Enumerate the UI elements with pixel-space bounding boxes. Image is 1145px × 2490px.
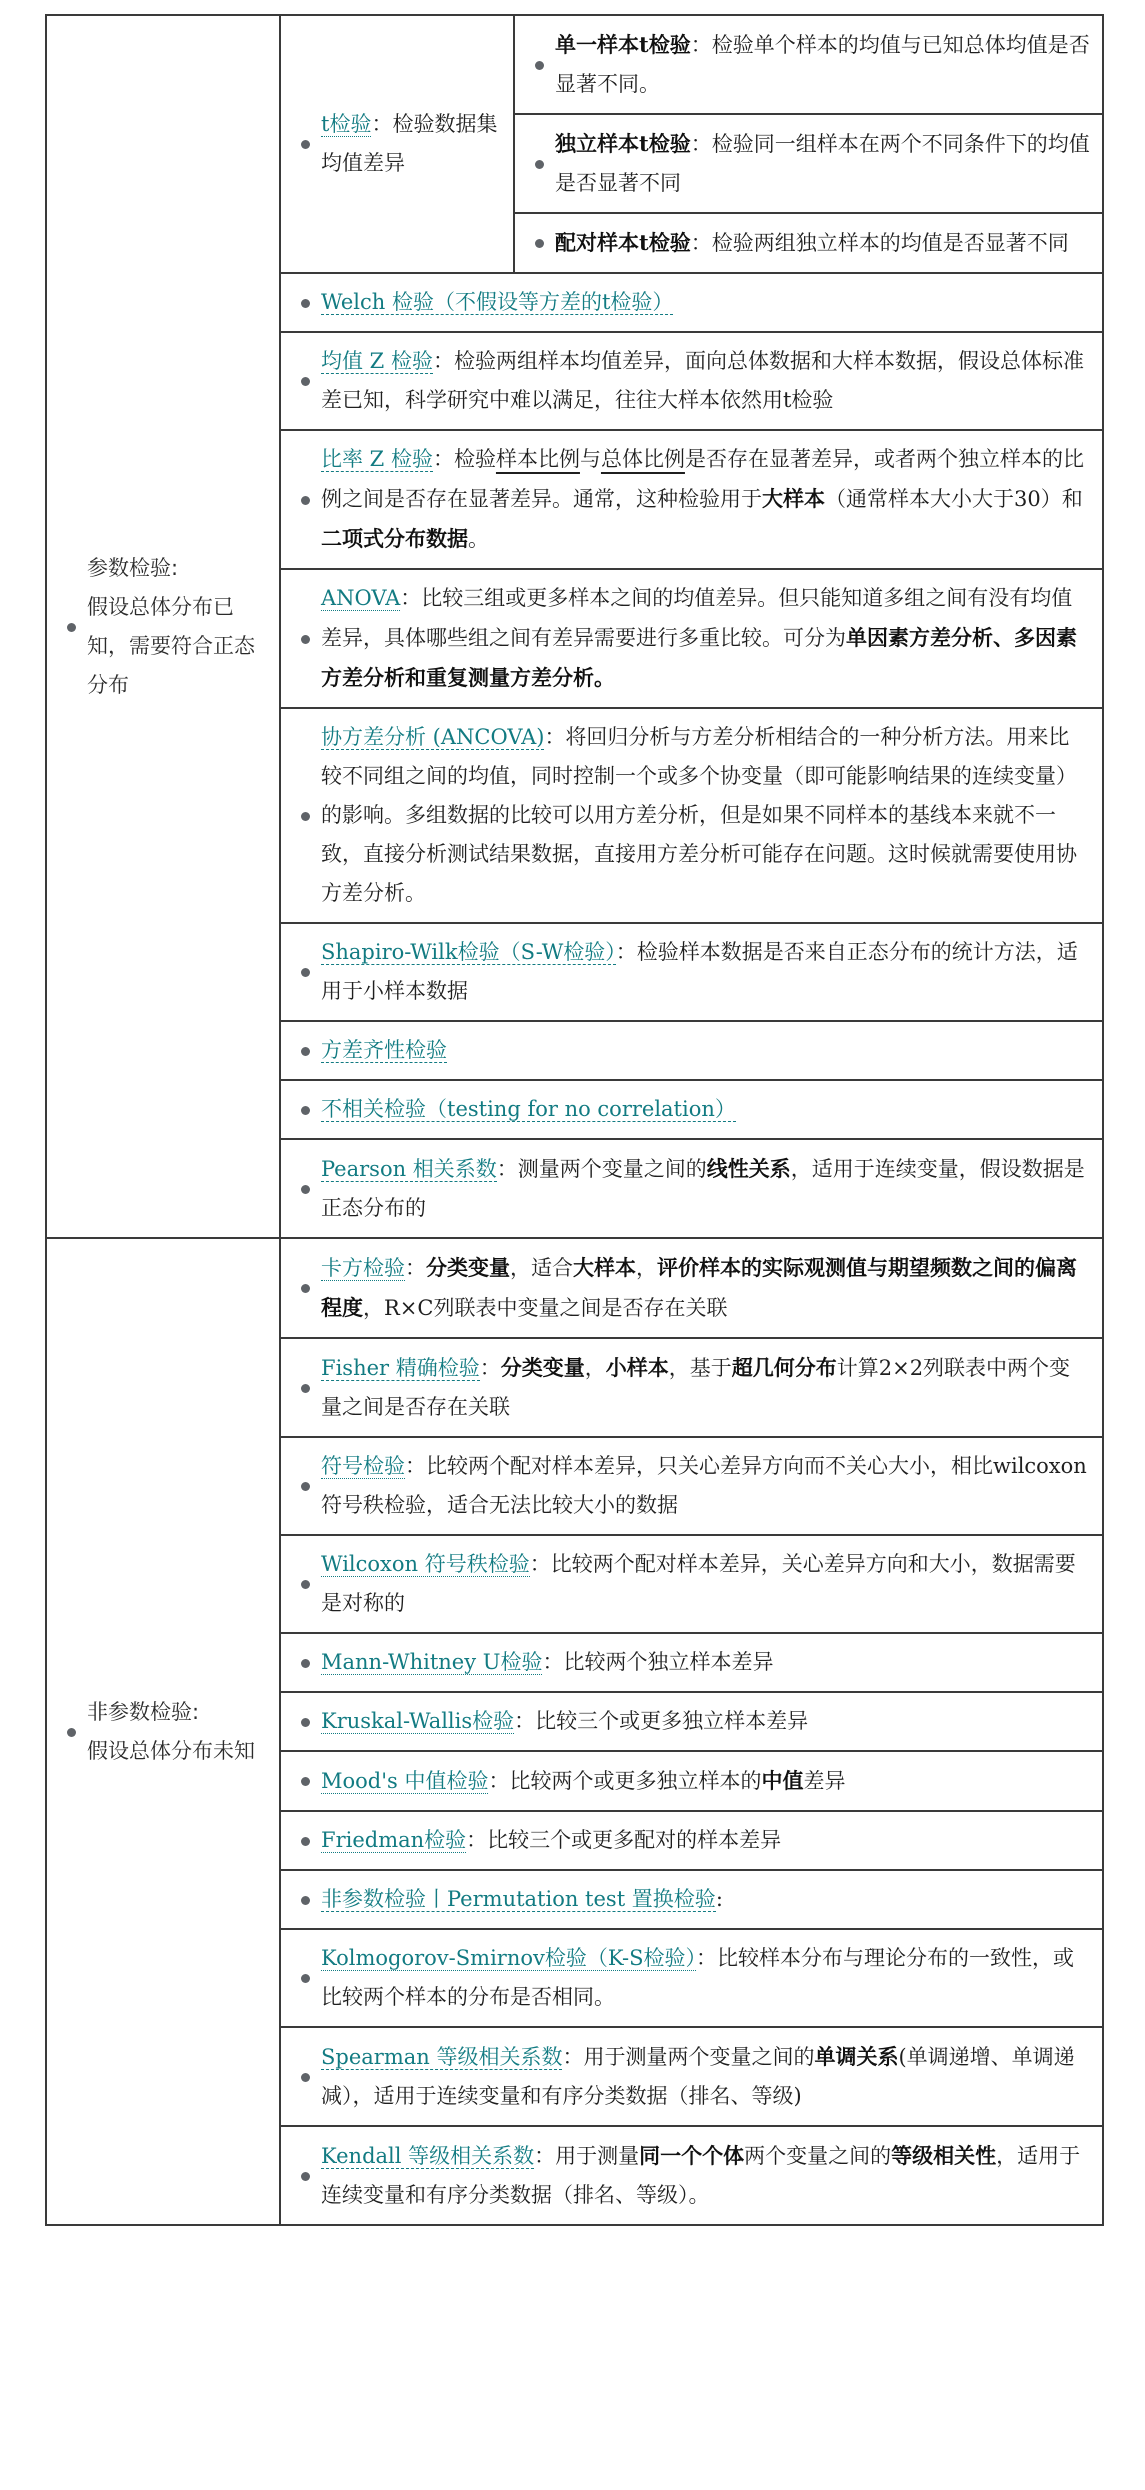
test-link[interactable]: t检验 xyxy=(321,112,371,137)
test-cell: Kendall 等级相关系数：用于测量同一个个体两个变量之间的等级相关性，适用于… xyxy=(280,2126,1103,2225)
text-run: ：比较三个或更多配对的样本差异 xyxy=(466,1828,781,1852)
list-item-moods-median: Mood's 中值检验：比较两个或更多独立样本的中值差异 xyxy=(301,1761,1090,1801)
test-link[interactable]: 比率 Z 检验 xyxy=(321,447,433,472)
list-item-kendall: Kendall 等级相关系数：用于测量同一个个体两个变量之间的等级相关性，适用于… xyxy=(301,2136,1090,2215)
test-cell: Kolmogorov-Smirnov检验（K-S检验）：比较样本分布与理论分布的… xyxy=(280,1929,1103,2027)
list-item-kruskal-wallis: Kruskal-Wallis检验：比较三个或更多独立样本差异 xyxy=(301,1702,1090,1741)
test-link[interactable]: 非参数检验丨Permutation test 置换检验 xyxy=(321,1887,716,1912)
bold-text: 线性关系 xyxy=(707,1156,791,1181)
list-item-paired-t: 配对样本t检验：检验两组独立样本的均值是否显著不同 xyxy=(535,223,1090,263)
test-link[interactable]: Spearman 等级相关系数 xyxy=(321,2045,562,2070)
bold-text: 配对样本t检验 xyxy=(555,230,691,255)
text-run: ： xyxy=(480,1356,501,1380)
test-link[interactable]: Wilcoxon 符号秩检验 xyxy=(321,1552,530,1577)
underlined-text: 总体比例 xyxy=(601,447,685,471)
test-cell: Spearman 等级相关系数：用于测量两个变量之间的单调关系(单调递增、单调递… xyxy=(280,2027,1103,2126)
test-cell: 符号检验：比较两个配对样本差异，只关心差异方向而不关心大小，相比wilcoxon… xyxy=(280,1437,1103,1535)
list-item-pearson: Pearson 相关系数：测量两个变量之间的线性关系，适用于连续变量，假设数据是… xyxy=(301,1149,1090,1228)
text-run: （通常样本大小大于30）和 xyxy=(825,487,1083,511)
table-body: 参数检验:假设总体分布已知，需要符合正态分布t检验：检验数据集均值差异单一样本t… xyxy=(46,15,1103,2225)
test-link[interactable]: Kruskal-Wallis检验 xyxy=(321,1709,514,1734)
underlined-text: 样本比例 xyxy=(496,447,580,471)
group-label-cell: 非参数检验:假设总体分布未知 xyxy=(46,1238,280,2225)
test-link[interactable]: Friedman检验 xyxy=(321,1828,466,1853)
test-cell: Fisher 精确检验：分类变量，小样本，基于超几何分布计算2×2列联表中两个变… xyxy=(280,1338,1103,1437)
test-cell: Mann-Whitney U检验：比较两个独立样本差异 xyxy=(280,1633,1103,1692)
list-item-permutation: 非参数检验丨Permutation test 置换检验: xyxy=(301,1880,1090,1919)
test-link[interactable]: Mood's 中值检验 xyxy=(321,1769,488,1794)
test-link[interactable]: 均值 Z 检验 xyxy=(321,349,433,374)
bold-text: 单一样本t检验 xyxy=(555,32,691,57)
list-item-kolmogorov-smirnov: Kolmogorov-Smirnov检验（K-S检验）：比较样本分布与理论分布的… xyxy=(301,1939,1090,2017)
test-cell: 卡方检验：分类变量，适合大样本，评价样本的实际观测值与期望频数之间的偏离程度，R… xyxy=(280,1238,1103,1338)
test-cell: Welch 检验（不假设等方差的t检验） xyxy=(280,273,1103,332)
bold-text: 同一个个体 xyxy=(639,2143,744,2168)
test-link[interactable]: Shapiro-Wilk检验（S-W检验） xyxy=(321,940,616,965)
list-item-t-test: t检验：检验数据集均值差异 xyxy=(301,105,501,183)
test-link[interactable]: Mann-Whitney U检验 xyxy=(321,1650,542,1675)
text-run: ：测量两个变量之间的 xyxy=(497,1157,707,1181)
text-run: : xyxy=(716,1887,723,1911)
bold-text: 大样本 xyxy=(573,1255,636,1280)
test-link[interactable]: 符号检验 xyxy=(321,1454,405,1479)
statistical-tests-table: 参数检验:假设总体分布已知，需要符合正态分布t检验：检验数据集均值差异单一样本t… xyxy=(45,14,1104,2226)
test-link[interactable]: Pearson 相关系数 xyxy=(321,1157,497,1182)
bold-text: 二项式分布数据 xyxy=(321,526,468,551)
text-run: ：检验 xyxy=(433,447,496,471)
test-link[interactable]: 卡方检验 xyxy=(321,1256,405,1281)
group-label: 非参数检验:假设总体分布未知 xyxy=(67,1693,267,1771)
text-run: ， xyxy=(585,1356,606,1380)
group-label: 参数检验:假设总体分布已知，需要符合正态分布 xyxy=(67,549,267,705)
group-description: 假设总体分布未知 xyxy=(87,1739,255,1763)
list-item-sign-test: 符号检验：比较两个配对样本差异，只关心差异方向而不关心大小，相比wilcoxon… xyxy=(301,1447,1090,1525)
bold-text: 单调关系 xyxy=(814,2044,898,2069)
text-run: ： xyxy=(405,1256,426,1280)
list-item-spearman: Spearman 等级相关系数：用于测量两个变量之间的单调关系(单调递增、单调递… xyxy=(301,2037,1090,2116)
text-run: ：比较两个配对样本差异，只关心差异方向而不关心大小，相比wilcoxon符号秩检… xyxy=(321,1454,1087,1517)
test-cell: 比率 Z 检验：检验样本比例与总体比例是否存在显著差异，或者两个独立样本的比例之… xyxy=(280,430,1103,569)
text-run: ：比较两个独立样本差异 xyxy=(542,1650,773,1674)
bold-text: 小样本 xyxy=(606,1355,669,1380)
text-run: ：用于测量两个变量之间的 xyxy=(562,2045,814,2069)
test-cell: Shapiro-Wilk检验（S-W检验）：检验样本数据是否来自正态分布的统计方… xyxy=(280,923,1103,1021)
test-cell: ANOVA：比较三组或更多样本之间的均值差异。但只能知道多组之间有没有均值差异，… xyxy=(280,569,1103,708)
list-item-chi-square: 卡方检验：分类变量，适合大样本，评价样本的实际观测值与期望频数之间的偏离程度，R… xyxy=(301,1248,1090,1328)
test-link[interactable]: Kolmogorov-Smirnov检验（K-S检验） xyxy=(321,1946,696,1971)
test-link[interactable]: 不相关检验（testing for no correlation） xyxy=(321,1097,736,1122)
subtest-cell: 单一样本t检验：检验单个样本的均值与已知总体均值是否显著不同。 xyxy=(514,15,1103,114)
text-run: ， xyxy=(636,1256,657,1280)
text-run: 差异 xyxy=(803,1769,845,1793)
test-cell: Friedman检验：比较三个或更多配对的样本差异 xyxy=(280,1811,1103,1870)
list-item-z-ratio: 比率 Z 检验：检验样本比例与总体比例是否存在显著差异，或者两个独立样本的比例之… xyxy=(301,440,1090,559)
bold-text: 超几何分布 xyxy=(732,1355,837,1380)
text-run: ：用于测量 xyxy=(534,2144,639,2168)
group-description: 假设总体分布已知，需要符合正态分布 xyxy=(87,595,255,697)
text-run: 与 xyxy=(580,447,601,471)
test-cell: Pearson 相关系数：测量两个变量之间的线性关系，适用于连续变量，假设数据是… xyxy=(280,1139,1103,1238)
bold-text: 等级相关性 xyxy=(891,2143,996,2168)
list-item-one-sample-t: 单一样本t检验：检验单个样本的均值与已知总体均值是否显著不同。 xyxy=(535,25,1090,104)
text-run: ：比较三个或更多独立样本差异 xyxy=(514,1709,808,1733)
test-cell: Wilcoxon 符号秩检验：比较两个配对样本差异，关心差异方向和大小，数据需要… xyxy=(280,1535,1103,1633)
list-item-independent-t: 独立样本t检验：检验同一组样本在两个不同条件下的均值是否显著不同 xyxy=(535,124,1090,203)
text-run: 。 xyxy=(468,527,489,551)
list-item-z-mean: 均值 Z 检验：检验两组样本均值差异，面向总体数据和大样本数据，假设总体标准差已… xyxy=(301,342,1090,420)
text-run: ，R×C列联表中变量之间是否存在关联 xyxy=(363,1296,727,1320)
text-run: ：比较两个或更多独立样本的 xyxy=(488,1769,761,1793)
text-run: ：检验两组样本均值差异，面向总体数据和大样本数据，假设总体标准差已知，科学研究中… xyxy=(321,349,1084,412)
group-label-cell: 参数检验:假设总体分布已知，需要符合正态分布 xyxy=(46,15,280,1238)
list-item-shapiro-wilk: Shapiro-Wilk检验（S-W检验）：检验样本数据是否来自正态分布的统计方… xyxy=(301,933,1090,1011)
test-cell: 均值 Z 检验：检验两组样本均值差异，面向总体数据和大样本数据，假设总体标准差已… xyxy=(280,332,1103,430)
text-run: ：检验两组独立样本的均值是否显著不同 xyxy=(691,231,1069,255)
test-cell: 不相关检验（testing for no correlation） xyxy=(280,1080,1103,1139)
list-item-homogeneity-variance: 方差齐性检验 xyxy=(301,1031,1090,1070)
list-item-no-correlation: 不相关检验（testing for no correlation） xyxy=(301,1090,1090,1129)
list-item-wilcoxon: Wilcoxon 符号秩检验：比较两个配对样本差异，关心差异方向和大小，数据需要… xyxy=(301,1545,1090,1623)
bold-text: 分类变量 xyxy=(426,1255,510,1280)
group-title: 参数检验: xyxy=(87,556,178,580)
list-item-welch: Welch 检验（不假设等方差的t检验） xyxy=(301,283,1090,322)
test-link[interactable]: Kendall 等级相关系数 xyxy=(321,2144,534,2169)
group-title: 非参数检验: xyxy=(87,1700,199,1724)
test-link[interactable]: Fisher 精确检验 xyxy=(321,1356,480,1381)
text-run: ：将回归分析与方差分析相结合的一种分析方法。用来比较不同组之间的均值，同时控制一… xyxy=(321,725,1077,905)
text-run: ，基于 xyxy=(669,1356,732,1380)
list-item-friedman: Friedman检验：比较三个或更多配对的样本差异 xyxy=(301,1821,1090,1860)
subtest-cell: 配对样本t检验：检验两组独立样本的均值是否显著不同 xyxy=(514,213,1103,273)
table-row: 非参数检验:假设总体分布未知卡方检验：分类变量，适合大样本，评价样本的实际观测值… xyxy=(46,1238,1103,1338)
list-item-anova: ANOVA：比较三组或更多样本之间的均值差异。但只能知道多组之间有没有均值差异，… xyxy=(301,579,1090,698)
test-cell: 协方差分析 (ANCOVA)：将回归分析与方差分析相结合的一种分析方法。用来比较… xyxy=(280,708,1103,923)
list-item-fisher-exact: Fisher 精确检验：分类变量，小样本，基于超几何分布计算2×2列联表中两个变… xyxy=(301,1348,1090,1427)
bold-text: 独立样本t检验 xyxy=(555,131,691,156)
test-link[interactable]: ANOVA xyxy=(321,586,400,611)
test-cell: 方差齐性检验 xyxy=(280,1021,1103,1080)
list-item-ancova: 协方差分析 (ANCOVA)：将回归分析与方差分析相结合的一种分析方法。用来比较… xyxy=(301,718,1090,913)
list-item-mann-whitney: Mann-Whitney U检验：比较两个独立样本差异 xyxy=(301,1643,1090,1682)
test-link[interactable]: 协方差分析 (ANCOVA) xyxy=(321,725,544,750)
test-cell: Kruskal-Wallis检验：比较三个或更多独立样本差异 xyxy=(280,1692,1103,1751)
bold-text: 中值 xyxy=(761,1768,803,1793)
table-row: 参数检验:假设总体分布已知，需要符合正态分布t检验：检验数据集均值差异单一样本t… xyxy=(46,15,1103,114)
text-run: 两个变量之间的 xyxy=(744,2144,891,2168)
bold-text: 大样本 xyxy=(762,486,825,511)
test-link[interactable]: 方差齐性检验 xyxy=(321,1038,447,1063)
text-run: ，适合 xyxy=(510,1256,573,1280)
subtest-cell: 独立样本t检验：检验同一组样本在两个不同条件下的均值是否显著不同 xyxy=(514,114,1103,213)
bold-text: 分类变量 xyxy=(501,1355,585,1380)
test-cell: Mood's 中值检验：比较两个或更多独立样本的中值差异 xyxy=(280,1751,1103,1811)
test-link[interactable]: Welch 检验（不假设等方差的t检验） xyxy=(321,290,673,315)
parent-test-cell: t检验：检验数据集均值差异 xyxy=(280,15,514,273)
test-cell: 非参数检验丨Permutation test 置换检验: xyxy=(280,1870,1103,1929)
